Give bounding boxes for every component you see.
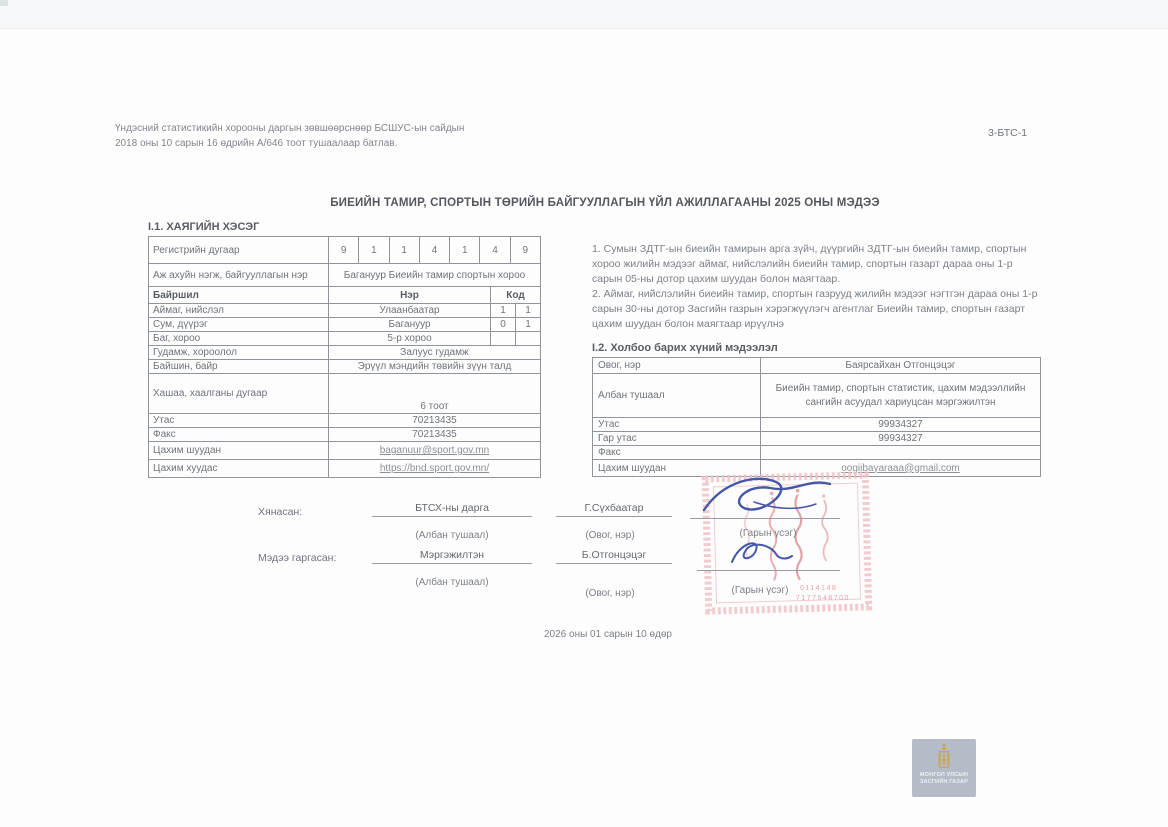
scanned-form-page: Үндэсний статистикийн хорооны даргын зөв…: [0, 0, 1168, 827]
badge-org-name: МОНГОЛ УЛСЫН ЗАСГИЙН ГАЗАР: [920, 772, 968, 786]
org-name-value: Багануур Биеийн тамир спортын хороо: [329, 264, 540, 286]
row-label: Баг, хороо: [149, 332, 329, 345]
register-digit: 4: [480, 237, 510, 263]
row-value: 70213435: [329, 428, 540, 441]
table-row: Овог, нэр Баярсайхан Отгонцэцэг: [593, 358, 1040, 373]
name-caption-2: (Овог, нэр): [545, 588, 675, 599]
table-row: Утас 99934327: [593, 417, 1040, 431]
org-email-text: baganuur@sport.gov.mn: [329, 442, 540, 459]
row-label: Албан тушаал: [593, 374, 761, 417]
table-row: Факс: [593, 445, 1040, 459]
sign-caption-2: (Гарын үсэг): [700, 585, 820, 596]
org-website-text: https://bnd.sport.gov.mn/: [329, 460, 540, 477]
register-digit: 1: [450, 237, 480, 263]
register-digit: 1: [359, 237, 389, 263]
table-row: Цахим шуудан baganuur@sport.gov.mn: [149, 441, 540, 459]
government-badge: МОНГОЛ УЛСЫН ЗАСГИЙН ГАЗАР: [912, 739, 976, 797]
register-digit: 9: [329, 237, 359, 263]
reviewed-name: Г.Сүхбаатар: [556, 502, 672, 517]
table-row: Аймаг, нийслэл Улаанбаатар 1 1: [149, 303, 540, 317]
col-header-code: Код: [490, 287, 540, 303]
row-label: Овог, нэр: [593, 358, 761, 373]
row-label: Утас: [593, 418, 761, 431]
position-caption-1: (Албан тушаал): [372, 530, 532, 541]
stamp-number-2: 7177548700: [796, 595, 850, 602]
row-label: Гар утас: [593, 432, 761, 445]
instructions: 1. Сумын ЗДТГ-ын биеийн тамирын арга зүй…: [592, 242, 1041, 331]
contact-section-heading: I.2. Холбоо барих хүний мэдээлэл: [592, 342, 1041, 354]
register-digit: 9: [511, 237, 540, 263]
address-section-heading: I.1. ХАЯГИЙН ХЭСЭГ: [148, 221, 541, 233]
row-value: [761, 446, 1040, 459]
table-row: Албан тушаал Биеийн тамир, спортын стати…: [593, 373, 1040, 417]
row-code1: [490, 332, 515, 345]
row-code2: [515, 332, 540, 345]
scan-corner-artifact: [0, 0, 8, 6]
row-label: Хашаа, хаалганы дугаар: [149, 374, 329, 413]
position-caption-2: (Албан тушаал): [372, 577, 532, 588]
prepared-signature-ink: [726, 536, 798, 572]
form-code: 3-БТС-1: [988, 127, 1027, 139]
row-value: Улаанбаатар: [329, 304, 490, 317]
prepared-label: Мэдээ гаргасан:: [258, 552, 336, 564]
row-label: Факс: [149, 428, 329, 441]
prepared-position: Мэргэжилтэн: [372, 549, 532, 564]
register-digit: 4: [420, 237, 450, 263]
table-row-register: Регистрийн дугаар 9 1 1 4 1 4 9: [149, 237, 540, 263]
row-label: Факс: [593, 446, 761, 459]
row-value: Залуус гудамж: [329, 346, 540, 359]
org-name-label: Аж ахуйн нэгж, байгууллагын нэр: [149, 264, 329, 286]
soyombo-emblem-icon: [936, 743, 952, 770]
approval-note-line1: Үндэсний статистикийн хорооны даргын зөв…: [115, 122, 464, 137]
table-row: Гар утас 99934327: [593, 431, 1040, 445]
row-code1: 1: [490, 304, 515, 317]
table-row: Факс 70213435: [149, 427, 540, 441]
row-label: Утас: [149, 414, 329, 427]
table-row: Гудамж, хороолол Залуус гудамж: [149, 345, 540, 359]
row-code2: 1: [515, 318, 540, 331]
row-value: 6 тоот: [329, 374, 540, 413]
row-value: Багануур: [329, 318, 490, 331]
register-digit-boxes: 9 1 1 4 1 4 9: [329, 237, 540, 263]
report-date: 2026 оны 01 сарын 10 өдөр: [28, 629, 1168, 640]
col-header-name: Нэр: [329, 287, 490, 303]
row-label: Аймаг, нийслэл: [149, 304, 329, 317]
table-row-header: Байршил Нэр Код: [149, 286, 540, 303]
right-column: 1. Сумын ЗДТГ-ын биеийн тамирын арга зүй…: [592, 242, 1041, 477]
row-value: Эрүүл мэндийн төвийн зүүн талд: [329, 360, 540, 373]
register-digit: 1: [390, 237, 420, 263]
row-value: Баярсайхан Отгонцэцэг: [761, 358, 1040, 373]
row-label: Цахим хуудас: [149, 460, 329, 477]
register-label: Регистрийн дугаар: [149, 237, 329, 263]
instruction-item-1: 1. Сумын ЗДТГ-ын биеийн тамирын арга зүй…: [592, 242, 1041, 287]
row-label: Байшин, байр: [149, 360, 329, 373]
address-section: I.1. ХАЯГИЙН ХЭСЭГ Регистрийн дугаар 9 1…: [148, 221, 541, 478]
table-row: Хашаа, хаалганы дугаар 6 тоот: [149, 373, 540, 413]
row-value: 99934327: [761, 418, 1040, 431]
table-row: Утас 70213435: [149, 413, 540, 427]
reviewed-position: БТСХ-ны дарга: [372, 502, 532, 517]
table-row: Баг, хороо 5-р хороо: [149, 331, 540, 345]
row-value: 99934327: [761, 432, 1040, 445]
row-value: 70213435: [329, 414, 540, 427]
prepared-name: Б.Отгонцэцэг: [556, 549, 672, 564]
row-label: Гудамж, хороолол: [149, 346, 329, 359]
address-table: Регистрийн дугаар 9 1 1 4 1 4 9 Аж ахуйн…: [148, 236, 541, 478]
approval-note: Үндэсний статистикийн хорооны даргын зөв…: [115, 122, 464, 151]
row-code2: 1: [515, 304, 540, 317]
instruction-item-2: 2. Аймаг, нийслэлийн биеийн тамир, спорт…: [592, 287, 1041, 332]
badge-org-line2: ЗАСГИЙН ГАЗАР: [920, 779, 968, 786]
contact-table: Овог, нэр Баярсайхан Отгонцэцэг Албан ту…: [592, 357, 1041, 477]
table-row: Байшин, байр Эрүүл мэндийн төвийн зүүн т…: [149, 359, 540, 373]
row-value: 5-р хороо: [329, 332, 490, 345]
scan-edge-strip: [0, 0, 1168, 29]
name-caption-1: (Овог, нэр): [545, 530, 675, 541]
form-title: БИЕИЙН ТАМИР, СПОРТЫН ТӨРИЙН БАЙГУУЛЛАГЫ…: [170, 197, 1040, 209]
row-label: Сум, дүүрэг: [149, 318, 329, 331]
col-header-location: Байршил: [149, 287, 329, 303]
table-row: Сум, дүүрэг Багануур 0 1: [149, 317, 540, 331]
row-code1: 0: [490, 318, 515, 331]
reviewed-signature-ink: [696, 470, 846, 522]
reviewed-label: Хянасан:: [258, 506, 302, 518]
approval-note-line2: 2018 оны 10 сарын 16 өдрийн А/646 тоот т…: [115, 137, 464, 152]
table-row: Цахим хуудас https://bnd.sport.gov.mn/: [149, 459, 540, 477]
row-label: Цахим шуудан: [149, 442, 329, 459]
row-value: Биеийн тамир, спортын статистик, цахим м…: [761, 374, 1040, 417]
table-row-org: Аж ахуйн нэгж, байгууллагын нэр Багануур…: [149, 263, 540, 286]
